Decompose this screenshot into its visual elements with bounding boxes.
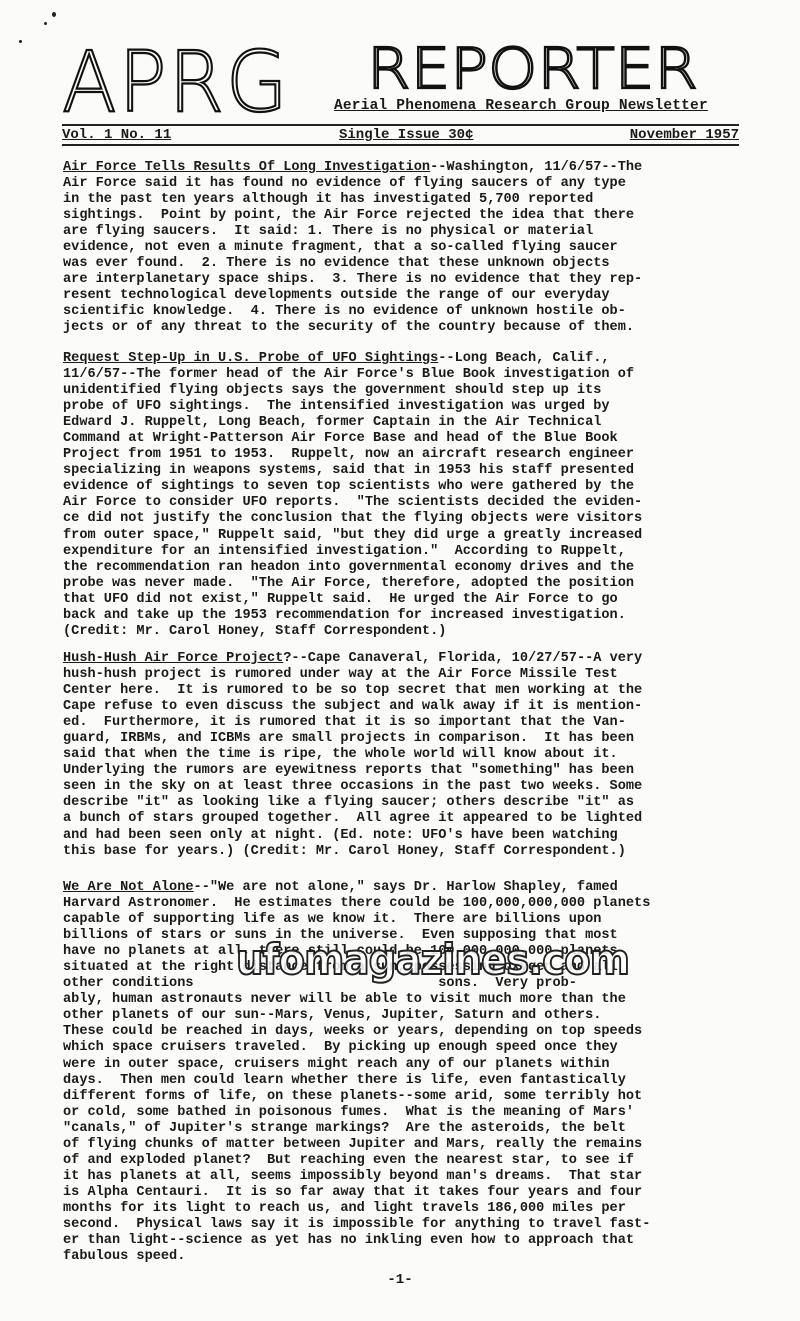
article-headline: We Are Not Alone [63, 880, 194, 895]
article-text: ?--Cape Canaveral, Florida, 10/27/57--A … [63, 651, 642, 859]
article-air-force-results: Air Force Tells Results Of Long Investig… [63, 160, 743, 337]
page-number: -1- [0, 1272, 800, 1288]
issue-date: November 1957 [630, 126, 739, 144]
article-headline: Air Force Tells Results Of Long Investig… [63, 160, 430, 175]
article-headline: Hush-Hush Air Force Project [63, 651, 283, 666]
ink-speck [44, 22, 47, 25]
article-ruppelt-probe: Request Step-Up in U.S. Probe of UFO Sig… [63, 351, 743, 640]
masthead-subtitle: Aerial Phenomena Research Group Newslett… [334, 98, 708, 114]
ink-speck [19, 40, 22, 43]
article-text: --Long Beach, Calif., 11/6/57--The forme… [63, 351, 642, 639]
issue-price: Single Issue 30¢ [339, 126, 475, 144]
watermark: ufomagazines.com [236, 935, 629, 984]
title-reporter: REPORTER [367, 42, 698, 98]
issue-info-row: Vol. 1 No. 11 Single Issue 30¢ November … [62, 126, 739, 146]
ink-speck [52, 12, 56, 17]
title-aprg: APRG [62, 40, 290, 124]
article-hush-hush-project: Hush-Hush Air Force Project?--Cape Canav… [63, 651, 743, 860]
article-text: --Washington, 11/6/57--The Air Force sai… [63, 160, 642, 335]
article-headline: Request Step-Up in U.S. Probe of UFO Sig… [63, 351, 438, 366]
volume-number: Vol. 1 No. 11 [62, 126, 173, 144]
masthead-title: APRG REPORTER Aerial Phenomena Research … [62, 40, 742, 130]
